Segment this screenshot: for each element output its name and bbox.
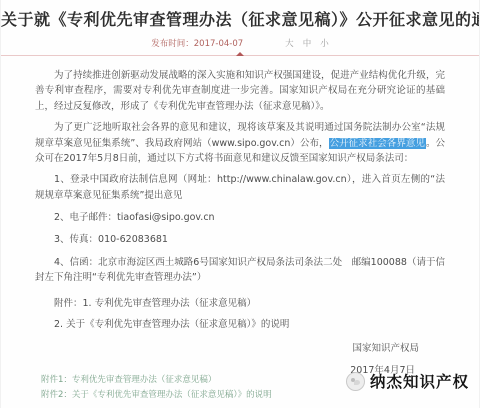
- font-size-small[interactable]: 小: [320, 37, 329, 49]
- attachment-2: 2. 关于《专利优先审查管理办法（征求意见稿）》的说明: [35, 317, 445, 332]
- attachment-link-2[interactable]: 附件2：关于《专利优先审查管理办法（征求意见稿）》的说明: [41, 388, 272, 403]
- highlighted-text: 公开征求社会各界意见: [329, 138, 426, 149]
- watermark-text: 纳杰知识产权: [370, 370, 469, 392]
- notice-page: 关于就《专利优先审查管理办法（征求意见稿）》公开征求意见的通知 发布时间：201…: [0, 0, 480, 408]
- contact-method-mail: 4、信函：北京市海淀区西土城路6号国家知识产权局条法司条法二处 邮编100088…: [35, 255, 445, 286]
- notice-body: 为了持续推进创新驱动发展战略的深入实施和知识产权强国建设，促进产业结构优化升级，…: [1, 56, 479, 378]
- publish-date: 发布时间：2017-04-07: [151, 37, 243, 49]
- contact-method-web: 1、登录中国政府法制信息网（网址：http://www.chinalaw.gov…: [35, 172, 445, 203]
- attachment-1: 附件：1. 专利优先审查管理办法（征求意见稿）: [35, 296, 445, 311]
- watermark: 纳杰知识产权: [346, 370, 469, 392]
- page-title: 关于就《专利优先审查管理办法（征求意见稿）》公开征求意见的通知: [1, 0, 479, 30]
- contact-method-email: 2、电子邮件：tiaofasi@sipo.gov.cn: [35, 210, 445, 225]
- najie-logo-icon: [346, 372, 365, 391]
- paragraph-consultation: 为了更广泛地听取社会各界的意见和建议，现将该草案及其说明通过国务院法制办公室“法…: [35, 120, 445, 166]
- footer-attachment-links: 附件1：专利优先审查管理办法（征求意见稿） 附件2：关于《专利优先审查管理办法（…: [41, 373, 272, 403]
- attachments-block: 附件：1. 专利优先审查管理办法（征求意见稿） 2. 关于《专利优先审查管理办法…: [35, 296, 445, 333]
- header-separator: [1, 55, 479, 56]
- caret-up-icon: [236, 52, 244, 56]
- font-size-large[interactable]: 大: [285, 37, 294, 49]
- meta-row: 发布时间：2017-04-07 大 中 小: [1, 37, 479, 49]
- contact-method-fax: 3、传真：010-62083681: [35, 232, 445, 247]
- paragraph-intro: 为了持续推进创新驱动发展战略的深入实施和知识产权强国建设，促进产业结构优化升级，…: [35, 68, 445, 114]
- font-size-medium[interactable]: 中: [303, 37, 312, 49]
- font-size-selector: 大 中 小: [285, 37, 329, 49]
- signature-org: 国家知识产权局: [35, 341, 419, 356]
- attachment-link-1[interactable]: 附件1：专利优先审查管理办法（征求意见稿）: [41, 373, 272, 388]
